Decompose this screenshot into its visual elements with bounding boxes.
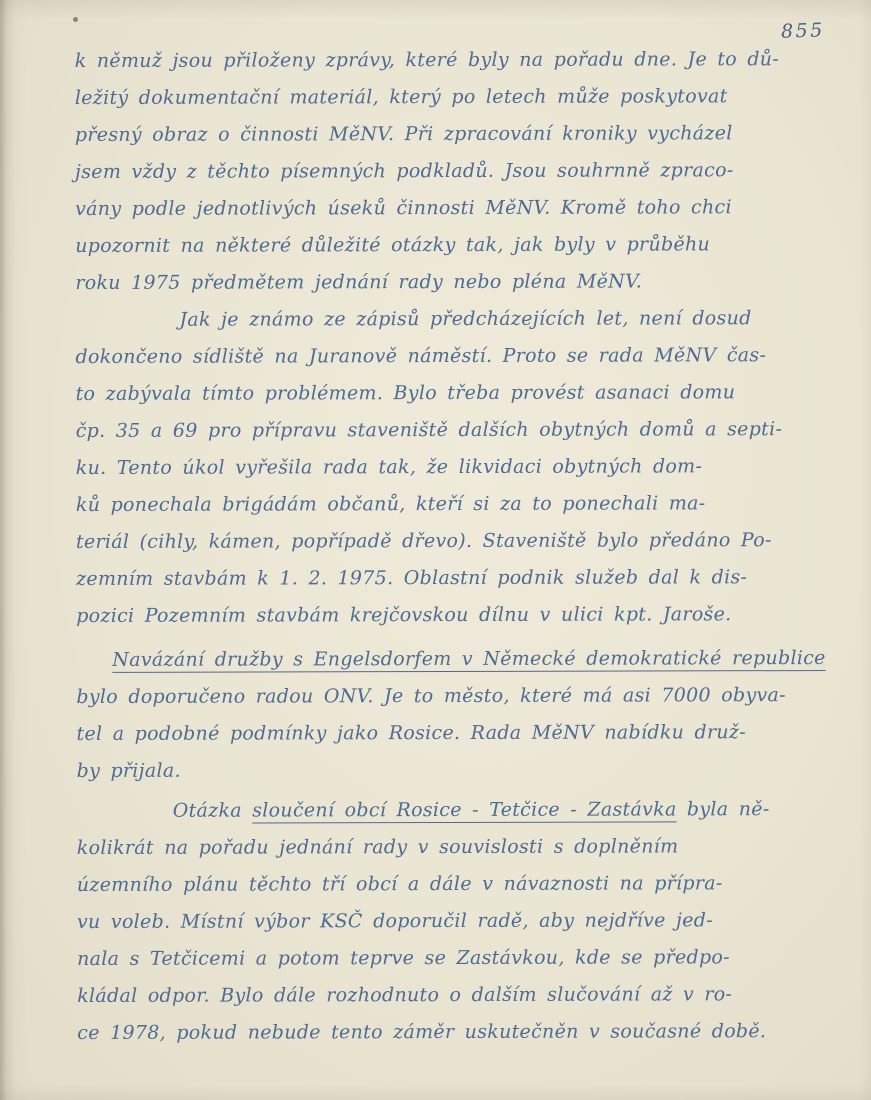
text-segment: to zabývala tímto problémem. Bylo třeba … [76, 381, 736, 405]
text-segment: tel a podobné podmínky jako Rosice. Rada… [76, 721, 745, 745]
paragraph: Otázka sloučení obcí Rosice - Tetčice - … [77, 791, 830, 1052]
text-line: to zabývala tímto problémem. Bylo třeba … [76, 374, 828, 413]
text-segment: byla ně- [677, 798, 770, 820]
text-line: územního plánu těchto tří obcí a dále v … [77, 865, 829, 904]
text-segment: dokončeno sídliště na Juranově náměstí. … [75, 344, 766, 368]
text-segment: roku 1975 předmětem jednání rady nebo pl… [75, 271, 642, 294]
text-segment: ků ponechala brigádám občanů, kteří si z… [76, 492, 706, 516]
page-text: k němuž jsou přiloženy zprávy, které byl… [75, 41, 830, 1052]
text-segment: kolikrát na pořadu jednání rady v souvis… [77, 835, 679, 859]
text-line: kládal odpor. Bylo dále rozhodnuto o dal… [77, 976, 829, 1015]
text-segment: bylo doporučeno radou ONV. Je to město, … [76, 684, 786, 708]
manuscript-page: 855 k němuž jsou přiloženy zprávy, které… [0, 0, 871, 1100]
text-segment: by přijala. [77, 760, 181, 782]
text-line: pozici Pozemním stavbám krejčovskou díln… [76, 596, 828, 635]
text-segment: ku. Tento úkol vyřešila rada tak, že lik… [76, 455, 702, 479]
paragraph: Jak je známo ze zápisů předcházejících l… [75, 300, 828, 635]
underlined-text: sloučení obcí Rosice - Tetčice - Zastávk… [252, 798, 676, 821]
text-line: roku 1975 předmětem jednání rady nebo pl… [75, 263, 827, 302]
text-line: k němuž jsou přiloženy zprávy, které byl… [75, 41, 827, 80]
text-line: ce 1978, pokud nebude tento záměr uskute… [77, 1013, 829, 1052]
paper-speck [73, 17, 78, 22]
text-line: zemním stavbám k 1. 2. 1975. Oblastní po… [76, 559, 828, 598]
text-segment: vu voleb. Místní výbor KSČ doporučil rad… [77, 909, 713, 933]
text-segment: přesný obraz o činnosti MěNV. Při zpraco… [75, 122, 733, 146]
text-segment: ce 1978, pokud nebude tento záměr uskute… [77, 1020, 766, 1044]
text-line: vu voleb. Místní výbor KSČ doporučil rad… [77, 902, 829, 941]
paragraph: Navázání družby s Engelsdorfem v Německé… [76, 640, 828, 790]
text-line: upozornit na některé důležité otázky tak… [75, 226, 827, 265]
text-line: vány podle jednotlivých úseků činnosti M… [75, 189, 827, 228]
text-line: by přijala. [77, 751, 829, 790]
underlined-text: Navázání družby s Engelsdorfem v Německé… [112, 647, 825, 671]
text-line: tel a podobné podmínky jako Rosice. Rada… [76, 714, 828, 753]
text-line: kolikrát na pořadu jednání rady v souvis… [77, 828, 829, 867]
text-segment: teriál (cihly, kámen, popřípadě dřevo). … [76, 529, 772, 553]
text-line: bylo doporučeno radou ONV. Je to město, … [76, 677, 828, 716]
text-line: Navázání družby s Engelsdorfem v Německé… [76, 640, 828, 679]
text-line: ku. Tento úkol vyřešila rada tak, že lik… [76, 448, 828, 487]
text-line: teriál (cihly, kámen, popřípadě dřevo). … [76, 522, 828, 561]
text-segment: pozici Pozemním stavbám krejčovskou díln… [76, 603, 731, 627]
text-line: čp. 35 a 69 pro přípravu staveniště dalš… [76, 411, 828, 450]
paragraph: k němuž jsou přiloženy zprávy, které byl… [75, 41, 828, 302]
text-segment: ležitý dokumentační materiál, který po l… [75, 85, 728, 109]
text-segment: upozornit na některé důležité otázky tak… [75, 233, 710, 257]
text-line: Otázka sloučení obcí Rosice - Tetčice - … [77, 791, 829, 830]
text-segment: zemním stavbám k 1. 2. 1975. Oblastní po… [76, 566, 747, 590]
text-line: nala s Tetčicemi a potom teprve se Zastá… [77, 939, 829, 978]
text-segment: kládal odpor. Bylo dále rozhodnuto o dal… [77, 983, 732, 1007]
text-segment: čp. 35 a 69 pro přípravu staveniště dalš… [76, 418, 783, 442]
text-line: jsem vždy z těchto písemných podkladů. J… [75, 152, 827, 191]
text-segment: k němuž jsou přiloženy zprávy, které byl… [75, 48, 779, 72]
text-segment: nala s Tetčicemi a potom teprve se Zastá… [77, 946, 730, 970]
text-line: ků ponechala brigádám občanů, kteří si z… [76, 485, 828, 524]
text-segment: Jak je známo ze zápisů předcházejících l… [179, 307, 751, 330]
text-line: přesný obraz o činnosti MěNV. Při zpraco… [75, 115, 827, 154]
text-line: dokončeno sídliště na Juranově náměstí. … [75, 337, 827, 376]
text-segment: Otázka [173, 800, 253, 822]
text-segment: vány podle jednotlivých úseků činnosti M… [75, 196, 732, 220]
text-segment: územního plánu těchto tří obcí a dále v … [77, 872, 723, 896]
text-segment: jsem vždy z těchto písemných podkladů. J… [75, 159, 734, 183]
text-line: Jak je známo ze zápisů předcházejících l… [75, 300, 827, 339]
text-line: ležitý dokumentační materiál, který po l… [75, 78, 827, 117]
page-number: 855 [781, 19, 826, 43]
